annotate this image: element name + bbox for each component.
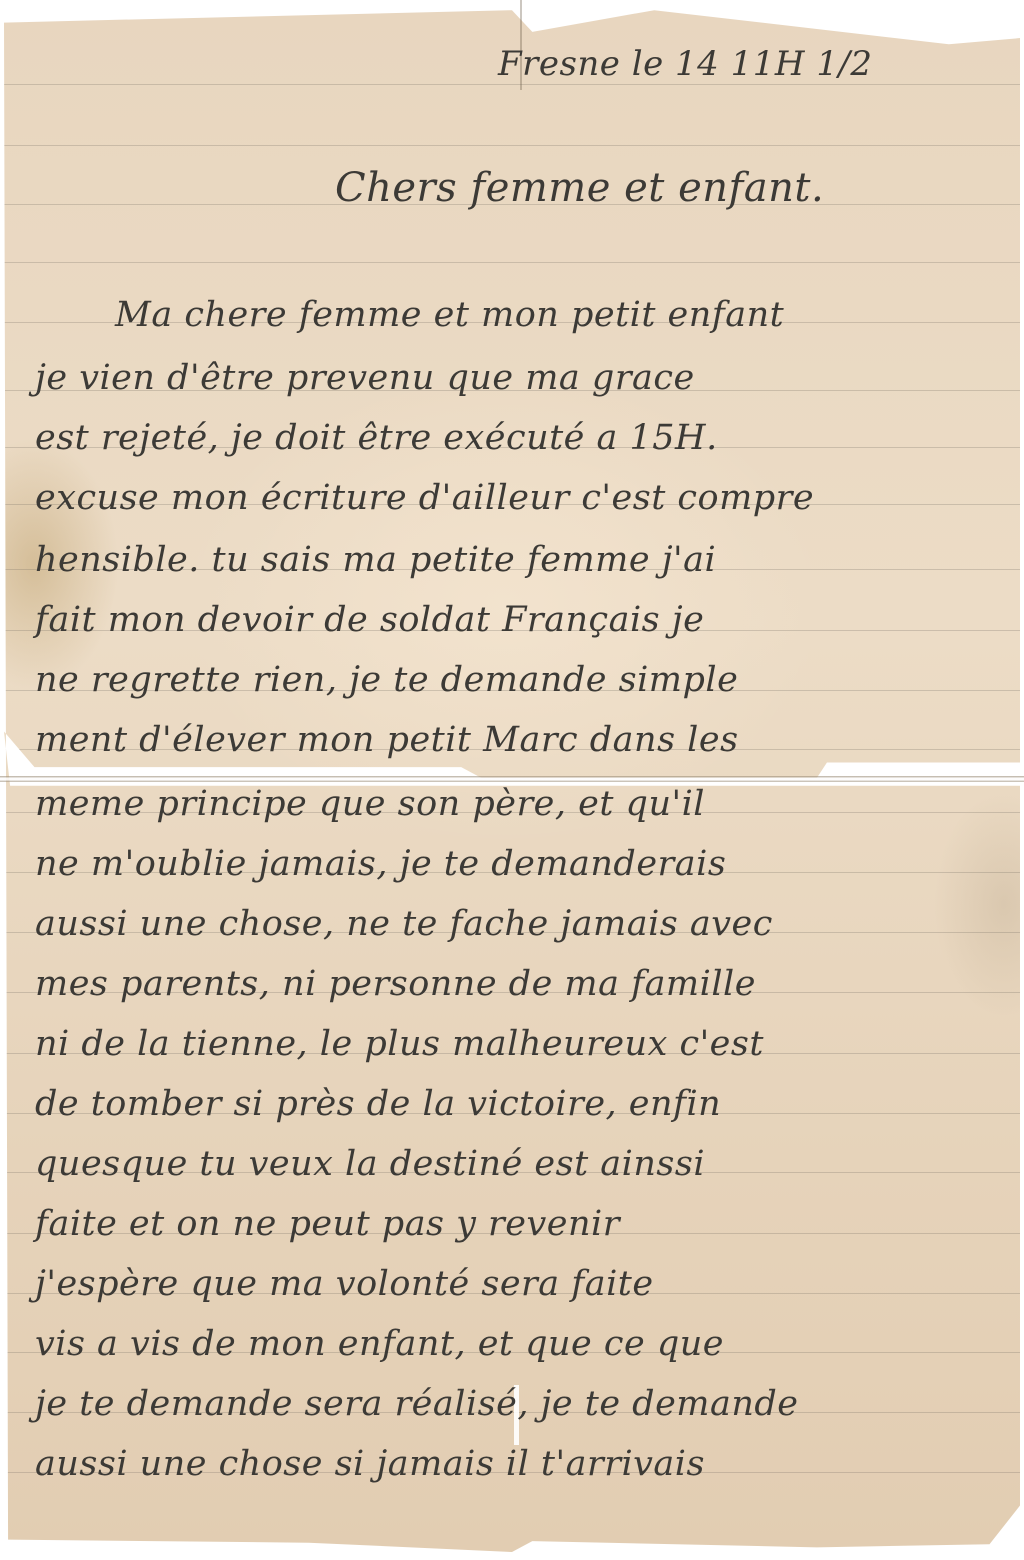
- letter-line: ment d'élever mon petit Marc dans les: [35, 720, 739, 760]
- letter-line: mes parents, ni personne de ma famille: [35, 964, 756, 1004]
- letter-line: est rejeté, je doit être exécuté a 15H.: [35, 418, 718, 458]
- letter-line: faite et on ne peut pas y revenir: [35, 1204, 620, 1244]
- place-date-header: Fresne le 14 11H 1/2: [498, 44, 873, 84]
- letter-line: aussi une chose, ne te fache jamais avec: [35, 904, 773, 944]
- letter-line: ni de la tienne, le plus malheureux c'es…: [35, 1024, 764, 1064]
- letter-line: je vien d'être prevenu que ma grace: [35, 358, 695, 398]
- letter-line: hensible. tu sais ma petite femme j'ai: [35, 540, 716, 580]
- letter-line: de tomber si près de la victoire, enfin: [35, 1084, 721, 1124]
- letter-line: j'espère que ma volonté sera faite: [35, 1264, 654, 1304]
- paper-tear: [0, 776, 1024, 782]
- letter-line: ne m'oublie jamais, je te demanderais: [35, 844, 726, 884]
- salutation: Chers femme et enfant.: [335, 165, 824, 211]
- ruled-line: [4, 145, 1020, 146]
- letter-line: ne regrette rien, je te demande simple: [35, 660, 738, 700]
- letter-line: je te demande sera réalisé, je te demand…: [35, 1384, 799, 1424]
- letter-line: vis a vis de mon enfant, et que ce que: [35, 1324, 724, 1364]
- letter-line: quesque tu veux la destiné est ainssi: [35, 1144, 705, 1184]
- ruled-line: [4, 262, 1020, 263]
- letter-line: fait mon devoir de soldat Français je: [35, 600, 704, 640]
- letter-line: Ma chere femme et mon petit enfant: [115, 295, 784, 335]
- letter-line: meme principe que son père, et qu'il: [35, 784, 705, 824]
- letter-line: excuse mon écriture d'ailleur c'est comp…: [35, 478, 814, 518]
- ruled-line: [4, 84, 1020, 85]
- letter-line: aussi une chose si jamais il t'arrivais: [35, 1444, 705, 1484]
